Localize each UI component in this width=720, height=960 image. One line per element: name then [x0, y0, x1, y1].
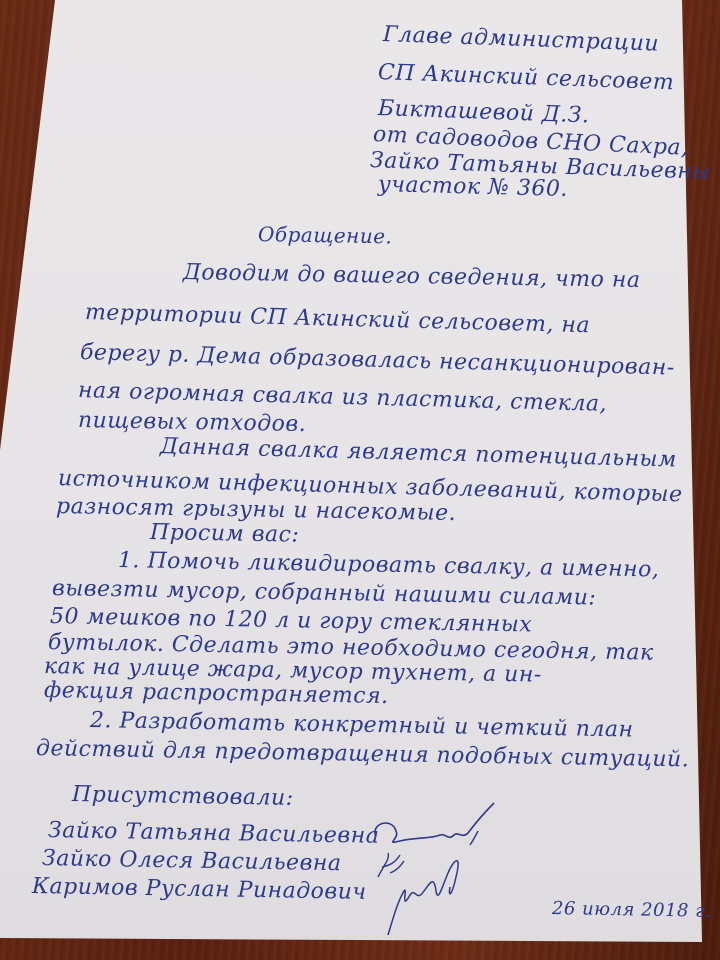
header-line: участок № 360. — [378, 172, 569, 202]
signatories-label: Присутствовали: — [72, 782, 294, 811]
signature-scribbles — [370, 795, 500, 945]
body-line: пищевых отходов. — [78, 408, 307, 437]
signatory-name: Зайко Олеся Васильевна — [42, 846, 342, 876]
letter-title: Обращение. — [258, 222, 393, 248]
letter-date: 26 июля 2018 г. — [552, 898, 711, 922]
request-intro: Просим вас: — [150, 520, 300, 548]
